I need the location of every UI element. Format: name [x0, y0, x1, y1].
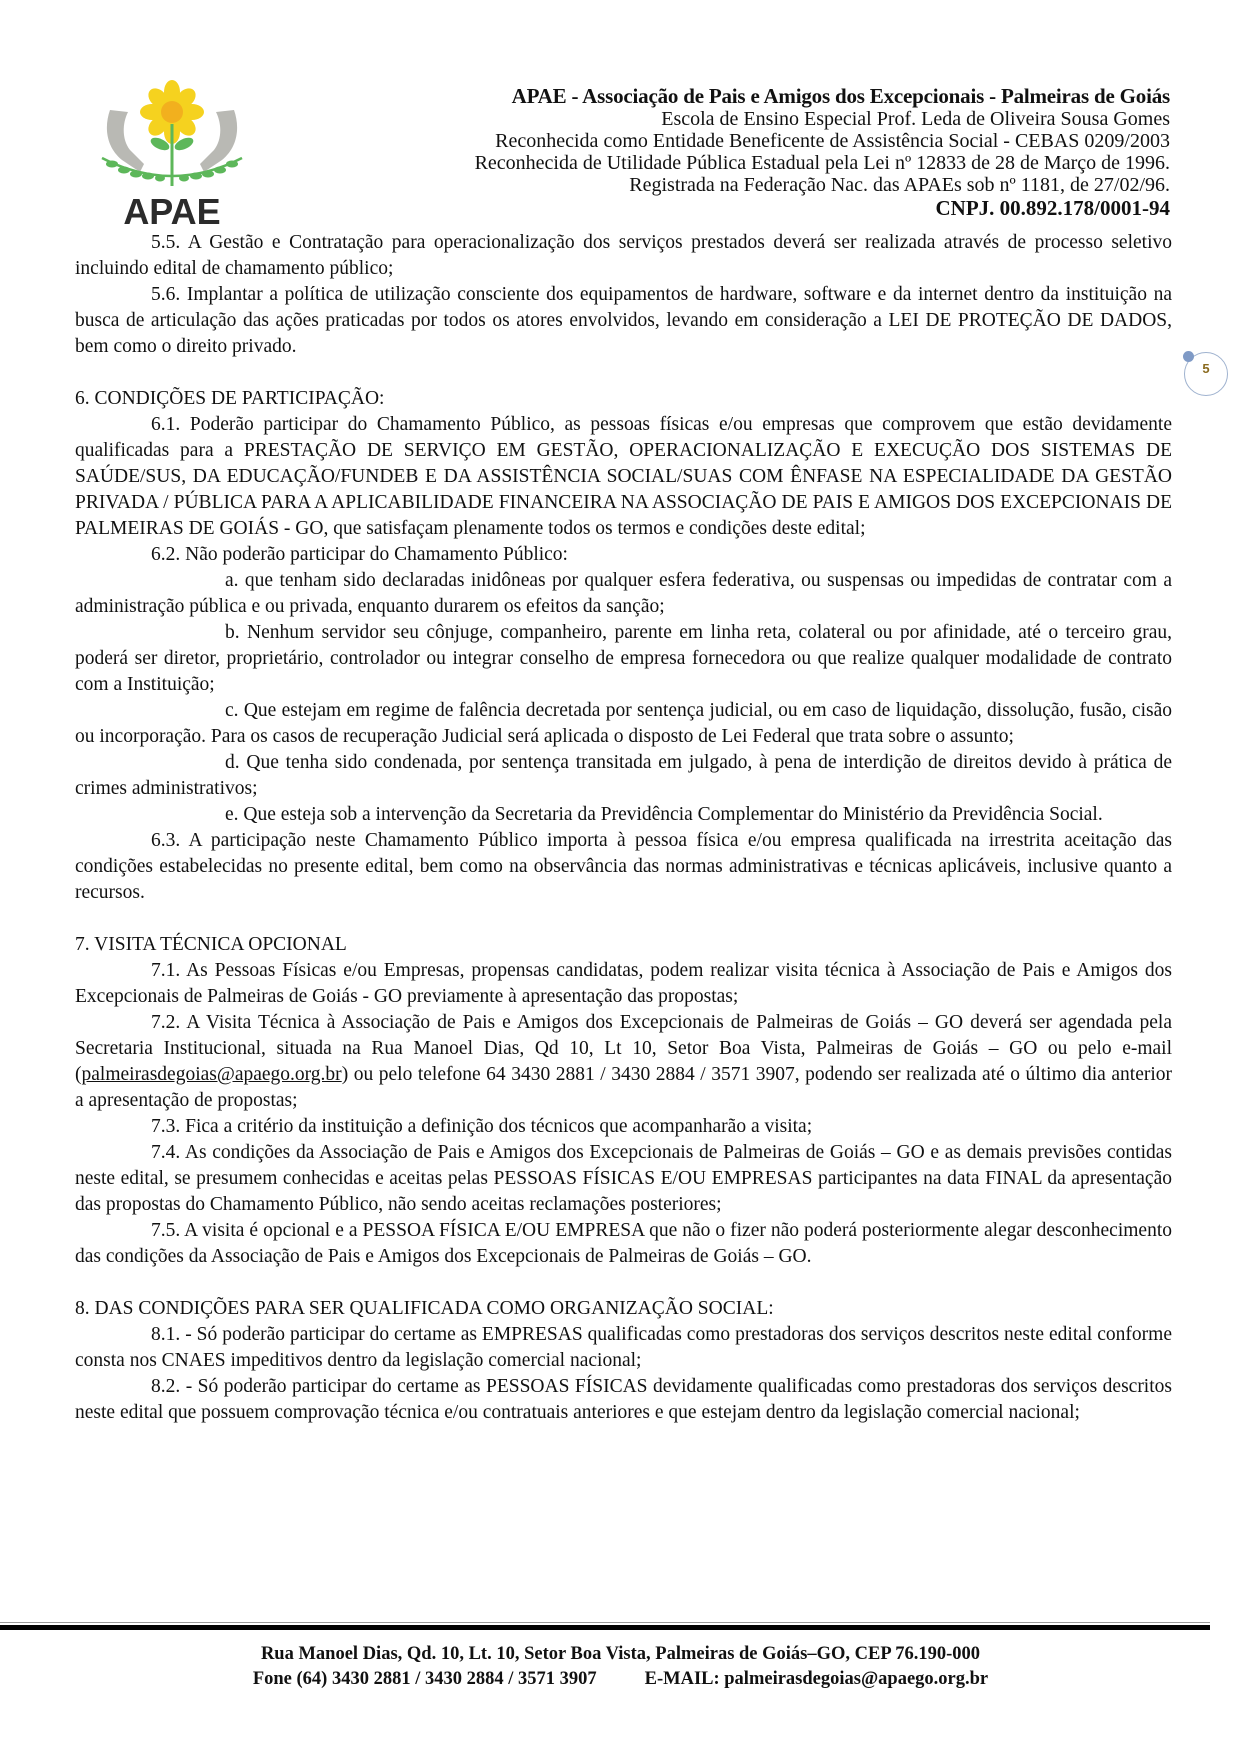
school-name: Escola de Ensino Especial Prof. Leda de …	[270, 108, 1170, 130]
clause-7-3: 7.3. Fica a critério da instituição a de…	[75, 1114, 1172, 1140]
organization-name: APAE - Associação de Pais e Amigos dos E…	[270, 84, 1170, 108]
clause-6-2-e: e. Que esteja sob a intervenção da Secre…	[75, 802, 1172, 828]
section-6-title: 6. CONDIÇÕES DE PARTICIPAÇÃO:	[75, 386, 1172, 412]
clause-8-1: 8.1. - Só poderão participar do certame …	[75, 1322, 1172, 1374]
clause-6-2-a: a. que tenham sido declaradas inidôneas …	[75, 568, 1172, 620]
clause-7-5: 7.5. A visita é opcional e a PESSOA FÍSI…	[75, 1218, 1172, 1270]
email-link[interactable]: palmeirasdegoias@apaego.org.br	[82, 1064, 342, 1085]
section-7-title: 7. VISITA TÉCNICA OPCIONAL	[75, 932, 1172, 958]
public-utility-law: Reconhecida de Utilidade Pública Estadua…	[270, 152, 1170, 174]
footer-contact: Fone (64) 3430 2881 / 3430 2884 / 3571 3…	[0, 1667, 1241, 1692]
clause-7-4: 7.4. As condições da Associação de Pais …	[75, 1140, 1172, 1218]
cebas-registration: Reconhecida como Entidade Beneficente de…	[270, 130, 1170, 152]
document-body: 5.5. A Gestão e Contratação para operaci…	[75, 230, 1172, 1426]
cnpj: CNPJ. 00.892.178/0001-94	[270, 196, 1170, 220]
flower-hands-icon: APAE	[92, 72, 252, 230]
federation-registration: Registrada na Federação Nac. das APAEs s…	[270, 174, 1170, 196]
clause-6-1: 6.1. Poderão participar do Chamamento Pú…	[75, 412, 1172, 542]
svg-text:APAE: APAE	[123, 191, 220, 230]
footer-divider	[0, 1625, 1210, 1630]
clause-6-3: 6.3. A participação neste Chamamento Púb…	[75, 828, 1172, 906]
clause-8-2: 8.2. - Só poderão participar do certame …	[75, 1374, 1172, 1426]
footer-phone: Fone (64) 3430 2881 / 3430 2884 / 3571 3…	[253, 1669, 597, 1689]
footer-email: E-MAIL: palmeirasdegoias@apaego.org.br	[645, 1669, 989, 1689]
clause-6-2-d: d. Que tenha sido condenada, por sentenç…	[75, 750, 1172, 802]
clause-7-1: 7.1. As Pessoas Físicas e/ou Empresas, p…	[75, 958, 1172, 1010]
page-number-badge: 5	[1184, 352, 1228, 396]
clause-6-2: 6.2. Não poderão participar do Chamament…	[75, 542, 1172, 568]
apae-logo: APAE	[92, 72, 252, 230]
letterhead: APAE - Associação de Pais e Amigos dos E…	[270, 84, 1170, 220]
footer-divider-thin	[0, 1622, 1210, 1623]
clause-5-5: 5.5. A Gestão e Contratação para operaci…	[75, 230, 1172, 282]
footer: Rua Manoel Dias, Qd. 10, Lt. 10, Setor B…	[0, 1642, 1241, 1692]
section-8-title: 8. DAS CONDIÇÕES PARA SER QUALIFICADA CO…	[75, 1296, 1172, 1322]
clause-7-2: 7.2. A Visita Técnica à Associação de Pa…	[75, 1010, 1172, 1114]
clause-6-2-c: c. Que estejam em regime de falência dec…	[75, 698, 1172, 750]
clause-5-6: 5.6. Implantar a política de utilização …	[75, 282, 1172, 360]
footer-address: Rua Manoel Dias, Qd. 10, Lt. 10, Setor B…	[0, 1642, 1241, 1667]
page-number: 5	[1185, 361, 1227, 376]
clause-6-2-b: b. Nenhum servidor seu cônjuge, companhe…	[75, 620, 1172, 698]
